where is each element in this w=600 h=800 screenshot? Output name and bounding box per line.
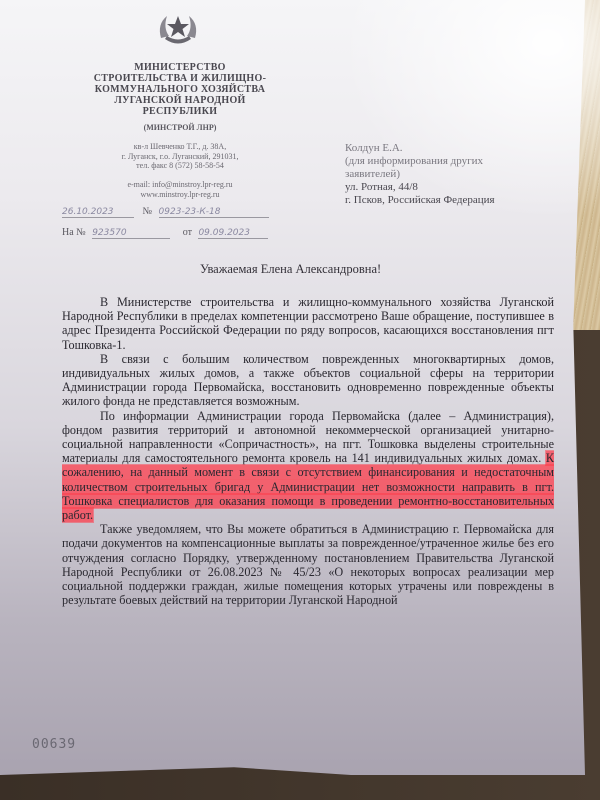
reference-line: На № 923570 от 09.09.2023 xyxy=(62,227,268,239)
ministry-name: МИНИСТЕРСТВО СТРОИТЕЛЬСТВА И ЖИЛИЩНО- КО… xyxy=(85,62,275,117)
address-line: тел. факс 8 (572) 58-58-54 xyxy=(90,161,270,171)
paragraph-3: По информации Администрации города Перво… xyxy=(62,409,554,523)
ref-label: На № xyxy=(62,227,86,238)
ministry-abbreviation: (МИНСТРОЙ ЛНР) xyxy=(100,123,260,132)
recipient-block: Колдун Е.А. (для информирования других з… xyxy=(345,142,555,207)
recipient-street: ул. Ротная, 44/8 xyxy=(345,181,555,194)
ministry-address: кв-л Шевченко Т.Г., д. 38А, г. Луганск, … xyxy=(90,142,270,171)
ministry-contacts: e-mail: info@minstroy.lpr-reg.ru www.min… xyxy=(90,180,270,200)
website-text: www.minstroy.lpr-reg.ru xyxy=(90,190,270,200)
greeting: Уважаемая Елена Александровна! xyxy=(200,262,381,277)
recipient-line: (для информирования других xyxy=(345,155,555,168)
recipient-city: г. Псков, Российская Федерация xyxy=(345,194,555,207)
ministry-line: МИНИСТЕРСТВО xyxy=(85,62,275,73)
registration-line: 26.10.2023 № 0923-23-К-18 xyxy=(62,206,269,218)
paragraph-2: В связи с большим количеством поврежденн… xyxy=(62,352,554,409)
ministry-line: ЛУГАНСКОЙ НАРОДНОЙ xyxy=(85,95,275,106)
address-line: кв-л Шевченко Т.Г., д. 38А, xyxy=(90,142,270,152)
recipient-line: заявителей) xyxy=(345,168,555,181)
paragraph-4: Также уведомляем, что Вы можете обратить… xyxy=(62,522,554,607)
star-emblem-icon xyxy=(153,8,203,48)
paragraph-3-text: По информации Администрации города Перво… xyxy=(62,409,554,466)
from-label: от xyxy=(183,227,192,238)
ref-date: 09.09.2023 xyxy=(198,228,268,239)
recipient-name: Колдун Е.А. xyxy=(345,142,555,155)
letter-body: В Министерстве строительства и жилищно-к… xyxy=(62,295,554,607)
ministry-line: КОММУНАЛЬНОГО ХОЗЯЙСТВА xyxy=(85,84,275,95)
ministry-line: СТРОИТЕЛЬСТВА И ЖИЛИЩНО- xyxy=(85,73,275,84)
address-line: г. Луганск, г.о. Луганский, 291031, xyxy=(90,152,270,162)
paragraph-1: В Министерстве строительства и жилищно-к… xyxy=(62,295,554,352)
number-label: № xyxy=(143,206,153,217)
registration-date: 26.10.2023 xyxy=(62,207,134,218)
serial-stamp: 00639 xyxy=(32,737,76,752)
ministry-line: РЕСПУБЛИКИ xyxy=(85,106,275,117)
email-text: e-mail: info@minstroy.lpr-reg.ru xyxy=(90,180,270,190)
ref-number: 923570 xyxy=(92,228,170,239)
registration-number: 0923-23-К-18 xyxy=(159,207,269,218)
